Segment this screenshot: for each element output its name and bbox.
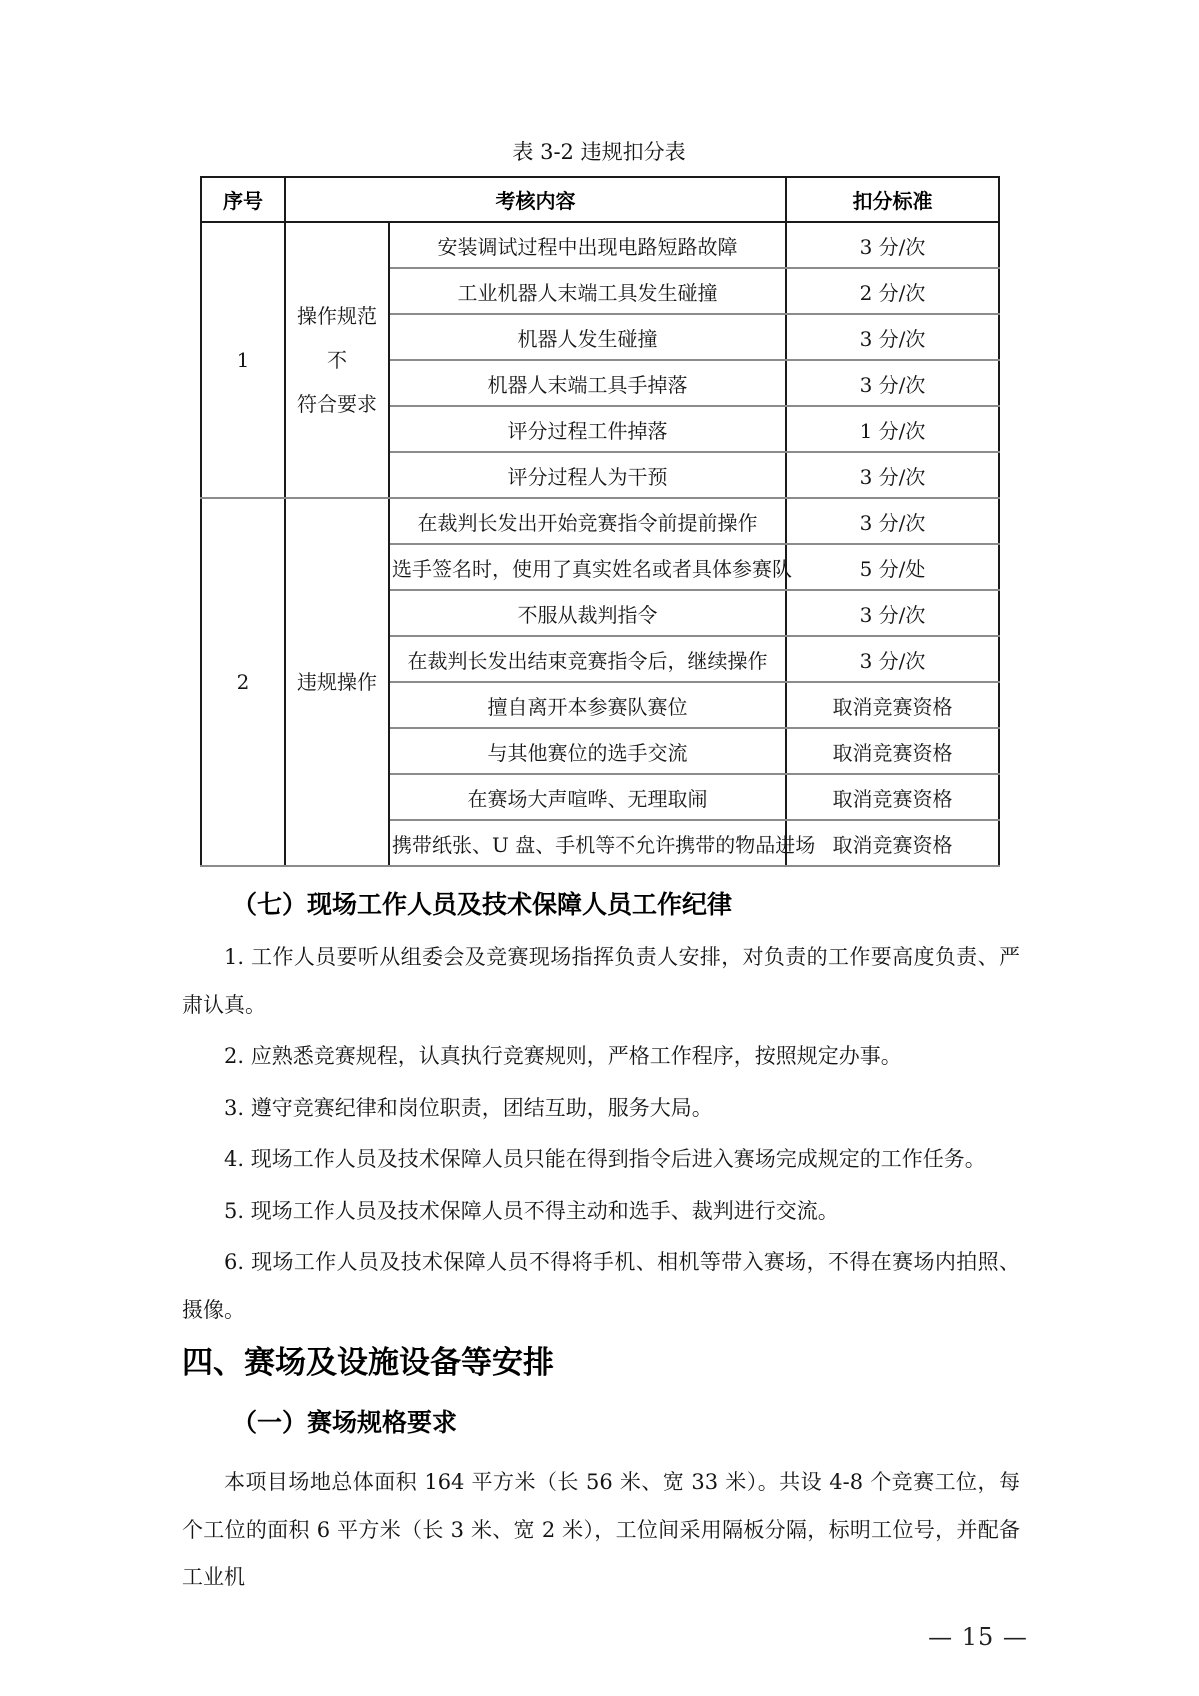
content-cell: 在赛场大声喧哗、无理取闹 bbox=[389, 774, 786, 820]
chapter-heading-4: 四、赛场及设施设备等安排 bbox=[182, 1340, 1020, 1386]
page-number: — 15 — bbox=[898, 1620, 1058, 1654]
standard-cell: 取消竞赛资格 bbox=[786, 682, 999, 728]
violation-deduction-table: 序号 考核内容 扣分标准 1 操作规范不 符合要求 安装调试过程中出现电路短路故… bbox=[200, 176, 1000, 867]
table-row: 2 违规操作 在裁判长发出开始竞赛指令前提前操作 3 分/次 bbox=[201, 498, 999, 544]
standard-cell: 3 分/次 bbox=[786, 636, 999, 682]
row-index-cell: 2 bbox=[201, 498, 285, 866]
content-cell: 工业机器人末端工具发生碰撞 bbox=[389, 268, 786, 314]
standard-cell: 3 分/次 bbox=[786, 360, 999, 406]
standard-cell: 5 分/处 bbox=[786, 544, 999, 590]
standard-cell: 2 分/次 bbox=[786, 268, 999, 314]
discipline-item-6: 6. 现场工作人员及技术保障人员不得将手机、相机等带入赛场，不得在赛场内拍照、摄… bbox=[182, 1239, 1020, 1334]
category-line: 符合要求 bbox=[288, 382, 386, 426]
standard-cell: 取消竞赛资格 bbox=[786, 774, 999, 820]
discipline-item-1: 1. 工作人员要听从组委会及竞赛现场指挥负责人安排，对负责的工作要高度负责、严肃… bbox=[182, 934, 1020, 1029]
content-cell: 安装调试过程中出现电路短路故障 bbox=[389, 222, 786, 268]
header-cell-content: 考核内容 bbox=[285, 177, 786, 222]
standard-cell: 3 分/次 bbox=[786, 314, 999, 360]
content-cell: 选手签名时，使用了真实姓名或者具体参赛队 bbox=[389, 544, 786, 590]
content-cell: 不服从裁判指令 bbox=[389, 590, 786, 636]
category-cell: 操作规范不 符合要求 bbox=[285, 222, 389, 498]
discipline-item-3: 3. 遵守竞赛纪律和岗位职责，团结互助，服务大局。 bbox=[182, 1085, 1020, 1133]
table-title: 表 3-2 违规扣分表 bbox=[200, 137, 998, 167]
header-cell-standard: 扣分标准 bbox=[786, 177, 999, 222]
standard-cell: 3 分/次 bbox=[786, 452, 999, 498]
content-cell: 机器人末端工具手掉落 bbox=[389, 360, 786, 406]
standard-cell: 3 分/次 bbox=[786, 498, 999, 544]
content-cell: 在裁判长发出结束竞赛指令后，继续操作 bbox=[389, 636, 786, 682]
content-cell: 机器人发生碰撞 bbox=[389, 314, 786, 360]
discipline-item-2: 2. 应熟悉竞赛规程，认真执行竞赛规则，严格工作程序，按照规定办事。 bbox=[182, 1033, 1020, 1081]
category-line: 操作规范不 bbox=[288, 294, 386, 382]
header-cell-index: 序号 bbox=[201, 177, 285, 222]
standard-cell: 取消竞赛资格 bbox=[786, 728, 999, 774]
standard-cell: 3 分/次 bbox=[786, 590, 999, 636]
category-line: 违规操作 bbox=[288, 660, 386, 704]
content-cell: 评分过程人为干预 bbox=[389, 452, 786, 498]
text-content: （七）现场工作人员及技术保障人员工作纪律 1. 工作人员要听从组委会及竞赛现场指… bbox=[182, 880, 1020, 1602]
table-header-row: 序号 考核内容 扣分标准 bbox=[201, 177, 999, 222]
section-heading-7: （七）现场工作人员及技术保障人员工作纪律 bbox=[182, 880, 1020, 930]
content-cell: 与其他赛位的选手交流 bbox=[389, 728, 786, 774]
document-page: 表 3-2 违规扣分表 序号 考核内容 扣分标准 1 操作规范不 符合要求 安装… bbox=[0, 0, 1199, 1696]
table-row: 1 操作规范不 符合要求 安装调试过程中出现电路短路故障 3 分/次 bbox=[201, 222, 999, 268]
standard-cell: 取消竞赛资格 bbox=[786, 820, 999, 866]
discipline-item-5: 5. 现场工作人员及技术保障人员不得主动和选手、裁判进行交流。 bbox=[182, 1188, 1020, 1236]
content-cell: 携带纸张、U 盘、手机等不允许携带的物品进场 bbox=[389, 820, 786, 866]
row-index-cell: 1 bbox=[201, 222, 285, 498]
standard-cell: 1 分/次 bbox=[786, 406, 999, 452]
venue-spec-paragraph: 本项目场地总体面积 164 平方米（长 56 米、宽 33 米）。共设 4-8 … bbox=[182, 1459, 1020, 1602]
category-cell: 违规操作 bbox=[285, 498, 389, 866]
content-cell: 评分过程工件掉落 bbox=[389, 406, 786, 452]
standard-cell: 3 分/次 bbox=[786, 222, 999, 268]
discipline-item-4: 4. 现场工作人员及技术保障人员只能在得到指令后进入赛场完成规定的工作任务。 bbox=[182, 1136, 1020, 1184]
content-cell: 擅自离开本参赛队赛位 bbox=[389, 682, 786, 728]
section-heading-4-1: （一）赛场规格要求 bbox=[182, 1400, 1020, 1446]
content-cell: 在裁判长发出开始竞赛指令前提前操作 bbox=[389, 498, 786, 544]
